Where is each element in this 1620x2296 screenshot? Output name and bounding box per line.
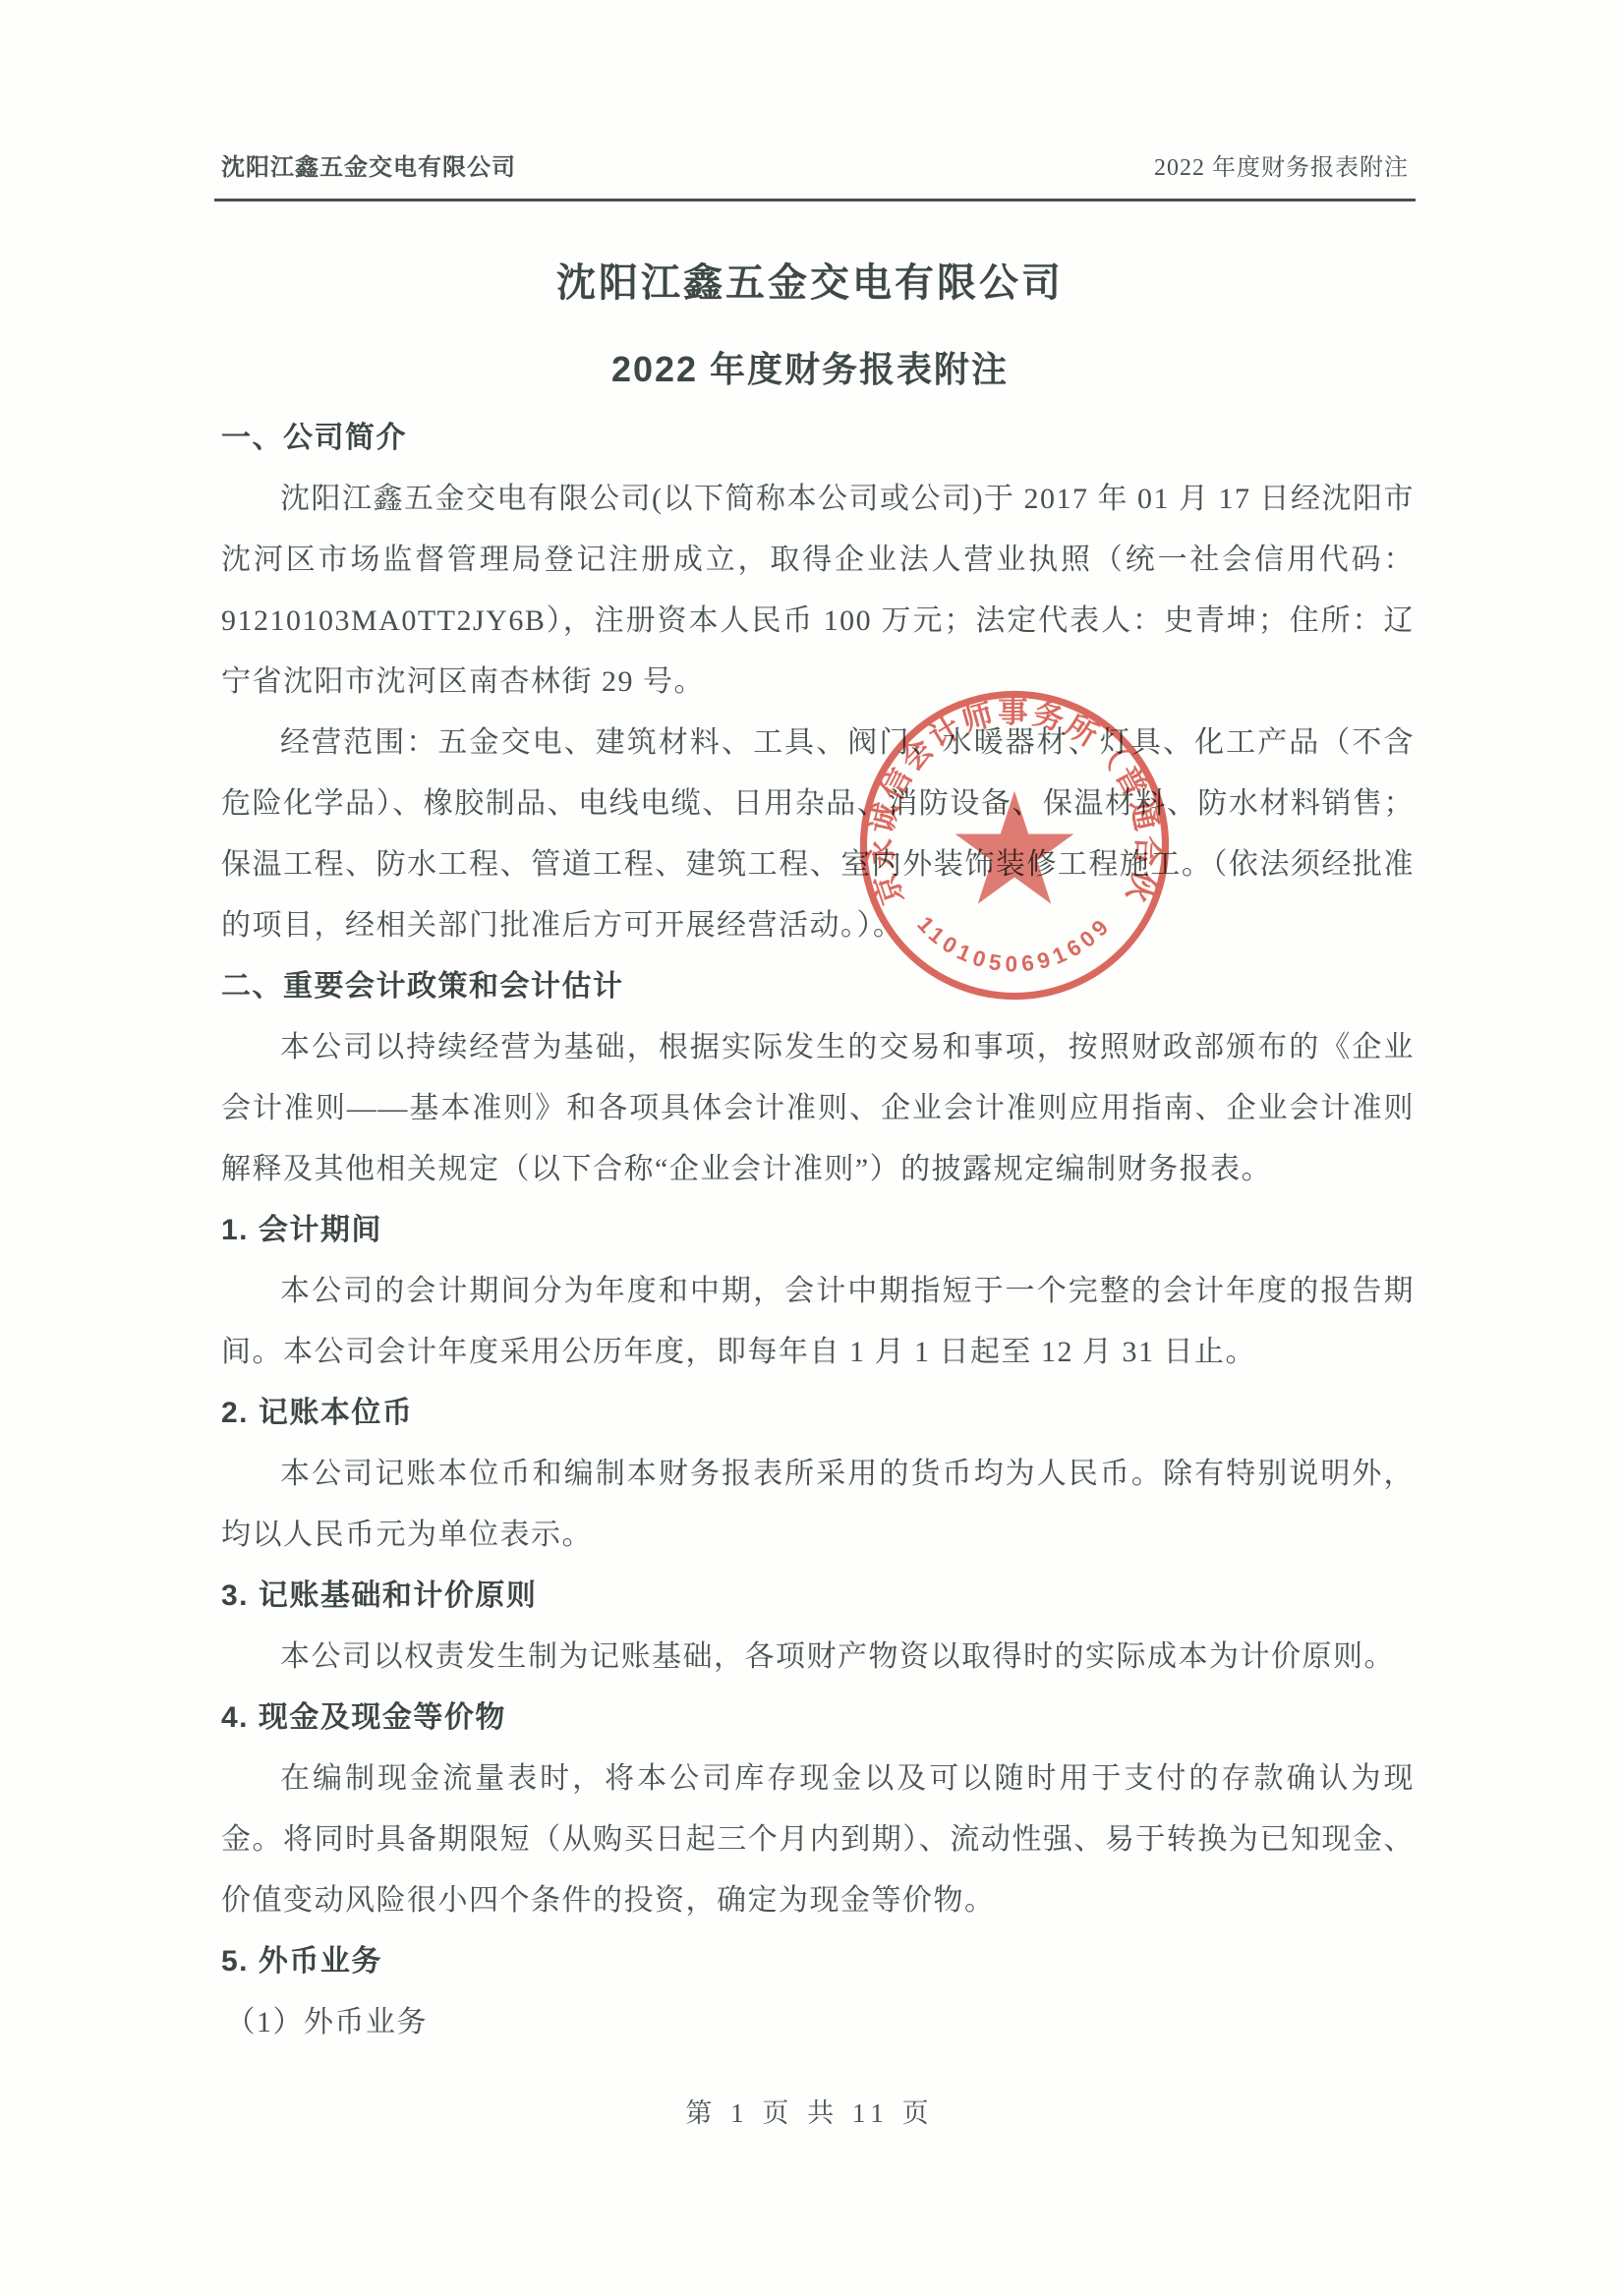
document-subtitle: 2022 年度财务报表附注 xyxy=(0,342,1620,392)
section-1-heading: 一、公司简介 xyxy=(221,408,1415,469)
paragraph-cash-equivalents: 在编制现金流量表时，将本公司库存现金以及可以随时用于支付的存款确认为现金。将同时… xyxy=(221,1749,1415,1931)
section-2-heading: 二、重要会计政策和会计估计 xyxy=(221,956,1415,1017)
running-header-doc-title: 2022 年度财务报表附注 xyxy=(1154,147,1409,182)
heading-cash-equivalents: 4. 现金及现金等价物 xyxy=(221,1688,1415,1749)
paragraph-accounting-basis: 本公司以权责发生制为记账基础，各项财产物资以取得时的实际成本为计价原则。 xyxy=(221,1627,1415,1688)
paragraph-accounting-period: 本公司的会计期间分为年度和中期，会计中期指短于一个完整的会计年度的报告期间。本公… xyxy=(221,1261,1415,1383)
heading-accounting-basis: 3. 记账基础和计价原则 xyxy=(221,1566,1415,1627)
document-page: 沈阳江鑫五金交电有限公司 2022 年度财务报表附注 沈阳江鑫五金交电有限公司 … xyxy=(0,0,1620,2296)
heading-accounting-period: 1. 会计期间 xyxy=(221,1200,1415,1261)
page-number: 第 1 页 共 11 页 xyxy=(0,2092,1620,2130)
paragraph-functional-currency: 本公司记账本位币和编制本财务报表所采用的货币均为人民币。除有特别说明外，均以人民… xyxy=(221,1444,1415,1566)
paragraph-policies-intro: 本公司以持续经营为基础，根据实际发生的交易和事项，按照财政部颁布的《企业会计准则… xyxy=(221,1017,1415,1200)
running-header-company: 沈阳江鑫五金交电有限公司 xyxy=(221,147,516,182)
paragraph-business-scope: 经营范围：五金交电、建筑材料、工具、阀门、水暖器材、灯具、化工产品（不含危险化学… xyxy=(221,713,1415,956)
paragraph-company-intro: 沈阳江鑫五金交电有限公司(以下简称本公司或公司)于 2017 年 01 月 17… xyxy=(221,469,1415,713)
running-header: 沈阳江鑫五金交电有限公司 2022 年度财务报表附注 xyxy=(221,147,1409,182)
heading-functional-currency: 2. 记账本位币 xyxy=(221,1383,1415,1444)
document-body: 一、公司简介 沈阳江鑫五金交电有限公司(以下简称本公司或公司)于 2017 年 … xyxy=(221,408,1415,2053)
heading-foreign-currency: 5. 外币业务 xyxy=(221,1931,1415,1992)
header-rule xyxy=(214,199,1416,201)
subheading-foreign-currency: （1）外币业务 xyxy=(221,1992,1415,2053)
document-title: 沈阳江鑫五金交电有限公司 xyxy=(0,252,1620,308)
